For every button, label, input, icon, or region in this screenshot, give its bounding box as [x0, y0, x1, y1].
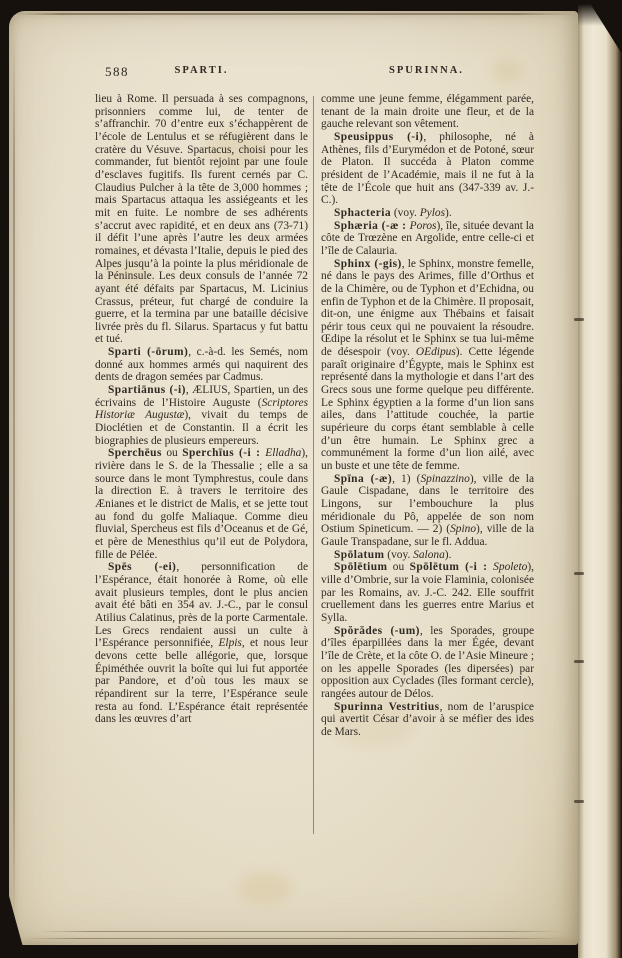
paragraph: Sphacteria (voy. Pylos).	[321, 207, 534, 220]
right-column: comme une jeune femme, élégamment parée,…	[321, 93, 534, 738]
text-segment: Elpis	[218, 637, 241, 649]
binding-stitch	[574, 660, 584, 663]
entry-headword: Speusippus (-i)	[334, 131, 423, 143]
entry-headword: Sperchīus (-i :	[182, 447, 265, 459]
paragraph: Spōlatum (voy. Salona).	[321, 549, 534, 562]
text-segment: (voy.	[391, 207, 420, 219]
page-stack-line	[25, 938, 565, 939]
text-segment: , le Sphinx, monstre femelle, né dans le…	[321, 258, 534, 359]
running-header-left: SPARTI.	[95, 65, 308, 76]
adjacent-page-edge	[578, 0, 622, 958]
text-segment: Poros	[410, 220, 437, 232]
entry-headword: Spŏrădes (-um)	[334, 625, 420, 637]
paragraph: Spurinna Vestritius, nom de l’aruspice q…	[321, 701, 534, 739]
left-column: lieu à Rome. Il persuada à ses compagnon…	[95, 93, 308, 726]
entry-headword: Sphacteria	[334, 207, 391, 219]
text-segment: ), rivière dans le S. de la Thessalie ; …	[95, 447, 308, 560]
paragraph: Spŏrădes (-um), les Sporades, groupe d’î…	[321, 625, 534, 701]
running-header-right: SPURINNA.	[320, 65, 533, 76]
text-segment: Spoleto	[493, 561, 527, 573]
page-edge-line-top	[16, 13, 572, 15]
text-segment: Pylos	[420, 207, 445, 219]
entry-headword: Spurinna Vestritius	[334, 701, 440, 713]
text-segment: Salona	[413, 549, 445, 561]
binding-stitch	[574, 572, 584, 575]
running-header: 588 SPARTI. SPURINNA.	[95, 64, 532, 80]
paragraph: Spīna (-æ), 1) (Spinazzino), ville de la…	[321, 473, 534, 549]
text-segment: Spino	[450, 523, 476, 535]
column-divider	[313, 96, 314, 834]
scanned-book-photo: { "page": { "number": "588", "running_he…	[0, 0, 622, 958]
text-segment: , personnification de l’Espérance, était…	[95, 561, 308, 649]
paragraph: Sparti (-ōrum), c.-à-d. les Semés, nom d…	[95, 346, 308, 384]
entry-headword: Spartiānus (-i)	[108, 384, 186, 396]
paragraph: Sperchēus ou Sperchīus (-i : Elladha), r…	[95, 447, 308, 561]
entry-headword: Sphinx (-gis)	[334, 258, 402, 270]
text-segment: OEdipus	[416, 346, 456, 358]
paragraph: Sphinx (-gis), le Sphinx, monstre femell…	[321, 258, 534, 473]
binding-stitch	[574, 800, 584, 803]
text-segment: (voy.	[384, 549, 413, 561]
paragraph: Spartiānus (-i), ÆLIUS, Spartien, un des…	[95, 384, 308, 447]
entry-headword: Sphæria (-æ :	[334, 220, 410, 232]
entry-headword: Spōlatum	[334, 549, 384, 561]
entry-headword: Sparti (-ōrum)	[108, 346, 188, 358]
paragraph: comme une jeune femme, élégamment parée,…	[321, 93, 534, 131]
text-segment: ou	[387, 561, 409, 573]
text-segment: , et nous leur devons cette belle allégo…	[95, 637, 308, 725]
paragraph: Speusippus (-i), philosophe, né à Athène…	[321, 131, 534, 207]
text-segment: comme une jeune femme, élégamment parée,…	[321, 93, 534, 130]
paragraph: Sphæria (-æ : Poros), île, située devant…	[321, 220, 534, 258]
page-stack-line	[40, 931, 560, 932]
text-segment: ). Cette légende paraît originaire d’Égy…	[321, 346, 534, 472]
binding-stitch	[574, 318, 584, 321]
entry-headword: Spōlētum (-i :	[410, 561, 494, 573]
entry-headword: Spēs (-ei)	[108, 561, 176, 573]
entry-headword: Sperchēus	[108, 447, 162, 459]
paragraph: lieu à Rome. Il persuada à ses compagnon…	[95, 93, 308, 346]
text-segment: , 1) (	[392, 473, 420, 485]
text-segment: Elladha	[265, 447, 301, 459]
text-segment: Spinazzino	[420, 473, 469, 485]
entry-headword: Spōlētium	[334, 561, 387, 573]
text-segment: ).	[445, 549, 452, 561]
text-segment: ou	[162, 447, 182, 459]
entry-headword: Spīna (-æ)	[334, 473, 392, 485]
paragraph: Spōlētium ou Spōlētum (-i : Spoleto), vi…	[321, 561, 534, 624]
text-segment: lieu à Rome. Il persuada à ses compagnon…	[95, 93, 308, 345]
page-edge-line-left	[13, 40, 15, 920]
paragraph: Spēs (-ei), personnification de l’Espéra…	[95, 561, 308, 726]
text-segment: ).	[445, 207, 452, 219]
